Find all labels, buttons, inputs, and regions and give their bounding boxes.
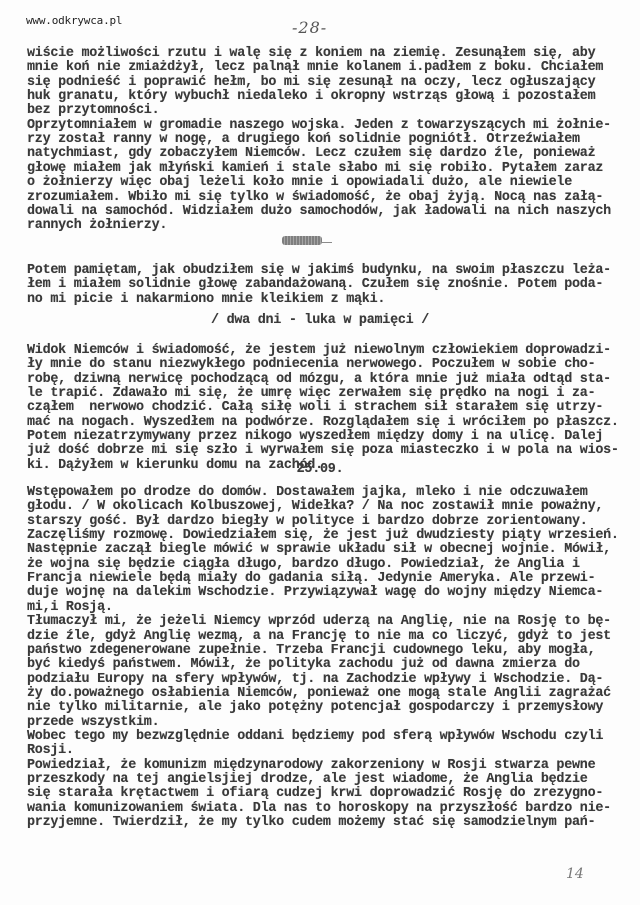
section-heading: 25.09. xyxy=(0,462,640,477)
text-line: mnie koń nie zmiażdżył, lecz palnął mnie… xyxy=(27,60,603,75)
text-line: wiście możliwości rzutu i walę się z kon… xyxy=(27,46,595,61)
section-heading: / dwa dni - luka w pamięci / xyxy=(0,313,640,328)
text-line: przeszkody na tej angielsjiej drodze, al… xyxy=(27,772,588,787)
text-line: huk granatu, który wybuchł niedaleko i o… xyxy=(27,89,595,104)
text-line: Wstępowałem po drodze do domów. Dostawał… xyxy=(27,485,588,500)
text-line: przyjemne. Twierdził, że my tylko cudem … xyxy=(27,815,595,830)
text-line: mać na nogach. Wyszedłem na podwórze. Ro… xyxy=(27,415,619,430)
text-line: państwo zdegenerowane zupełnie. Trzeba F… xyxy=(27,643,595,658)
text-line: ży do.poważnego osłabienia Niemców, poni… xyxy=(27,686,611,701)
text-line: Wobec tego my bezwzględnie oddani będzie… xyxy=(27,729,603,744)
text-line: o żołnierzy więc obaj leżeli koło mnie i… xyxy=(27,175,572,190)
text-line: no mi picie i nakarmiono mnie kleikiem z… xyxy=(27,292,385,307)
text-line: się podnieść i poprawić hełm, bo mi się … xyxy=(27,75,595,90)
text-line: mi,i Rosją. xyxy=(27,600,113,615)
text-line: głodu. / W okolicach Kolbuszowej, Widełk… xyxy=(27,499,603,514)
text-line: dowali na samochód. Widziałem dużo samoc… xyxy=(27,204,611,219)
text-line: rzy został ranny w nogę, a drugiego koń … xyxy=(27,132,580,147)
text-line: Tłumaczył mi, że jeżeli Niemcy wprzód ud… xyxy=(27,614,611,629)
text-line: zrozumiałem. Wbiło mi się tylko w świado… xyxy=(27,190,603,205)
text-line: Widok Niemców i świadomość, że jestem ju… xyxy=(27,343,611,358)
text-line: głowę miałem jak młyński kamień i stale … xyxy=(27,161,603,176)
crossed-out-mark xyxy=(282,236,322,245)
text-line: starszy gość. Był dardzo biegły w polity… xyxy=(27,514,588,529)
text-line: przede wszystkim. xyxy=(27,715,159,730)
text-line: Rosji. xyxy=(27,743,74,758)
text-line: Zaczęliśmy rozmowę. Dowiedziałem się, że… xyxy=(27,528,619,543)
handwritten-page-note: 14 xyxy=(566,866,584,882)
text-line: Potem pamiętam, jak obudziłem się w jaki… xyxy=(27,263,611,278)
text-line: wania komunizowaniem świata. Dla nas to … xyxy=(27,801,611,816)
text-line: być kiedyś państwem. Mówił, że polityka … xyxy=(27,657,580,672)
text-line: rannych żołnierzy. xyxy=(27,218,167,233)
text-line: dzie źle, gdyż Anglię wezmą, a na Francj… xyxy=(27,629,611,644)
text-line: łem i miałem solidnie głowę zabandażowan… xyxy=(27,277,603,292)
site-watermark: www.odkrywca.pl xyxy=(26,14,122,27)
text-line: Francja niewiele będą miały do gadania s… xyxy=(27,571,595,586)
text-line: ły mnie do stanu niezwykłego podniecenia… xyxy=(27,357,595,372)
page-number: -28- xyxy=(292,18,327,37)
text-line: Powiedział, że komunizm międzynarodowy z… xyxy=(27,758,595,773)
text-line: Następnie zaczął biegle mówić w sprawie … xyxy=(27,542,611,557)
text-line: duje wojnę na dalekim Wschodzie. Przywią… xyxy=(27,585,603,600)
text-line: le trapić. Zdawało mi się, że umrę więc … xyxy=(27,386,595,401)
text-line: cząłem nerwowo chodzić. Całą siłę woli i… xyxy=(27,400,603,415)
text-line: natychmiast, gdy zobaczyłem Niemców. Lec… xyxy=(27,146,595,161)
text-line: że wojna się będzie ciągła długo, bardzo… xyxy=(27,557,580,572)
text-line: podziału Europy na sfery wpływów, tj. na… xyxy=(27,672,603,687)
text-line: już dość dobrze mi się szło i wyrwałem s… xyxy=(27,443,619,458)
text-line: się starała krętactwem i ofiarą cudzej k… xyxy=(27,786,603,801)
text-line: bez przytomności. xyxy=(27,103,159,118)
text-line: nie tylko militarnie, ale jako potężny p… xyxy=(27,700,603,715)
text-line: Potem niezatrzymywany przez nikogo wysze… xyxy=(27,429,603,444)
text-line: robę, dziwną nerwicę pochodzącą od mózgu… xyxy=(27,372,611,387)
text-line: Oprzytomniałem w gromadie naszego wojska… xyxy=(27,118,611,133)
document-page: www.odkrywca.pl -28- wiście możliwości r… xyxy=(0,0,640,905)
